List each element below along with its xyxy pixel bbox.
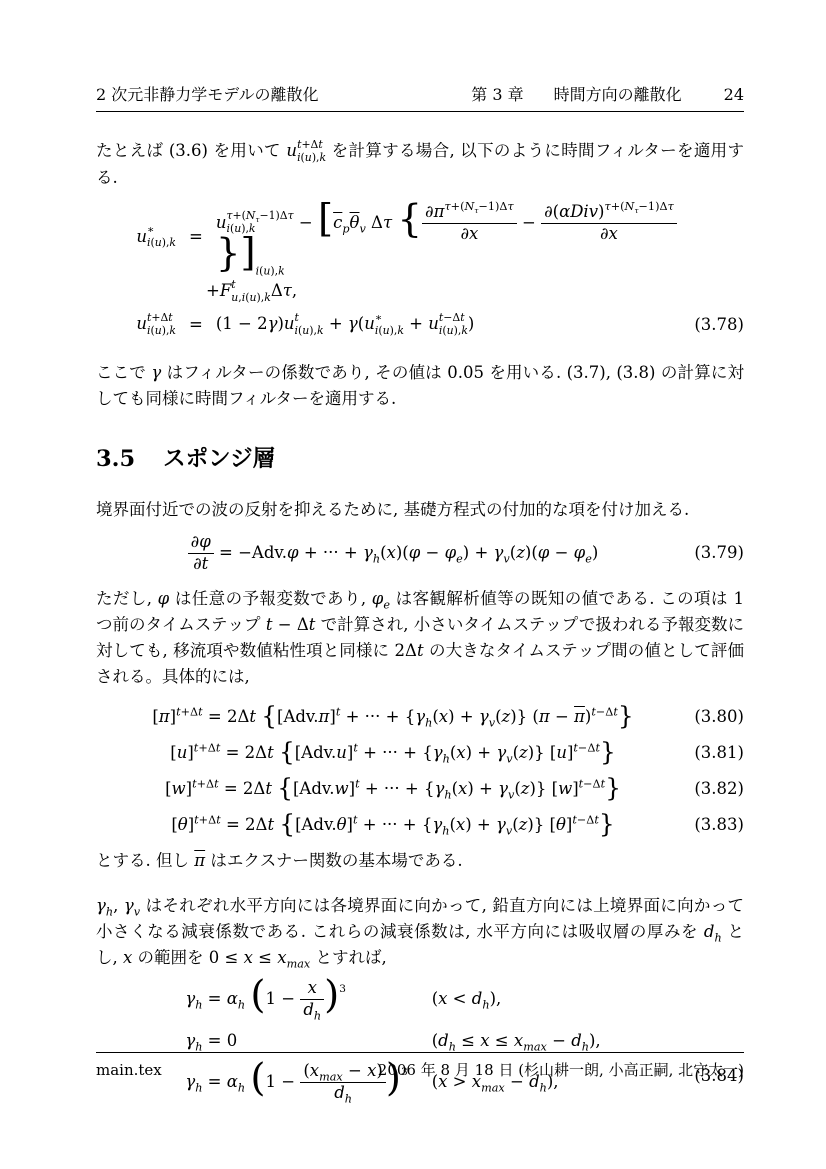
page-container: 2 次元非静力学モデルの離散化 第 3 章 時間方向の離散化 24 たとえば (… — [0, 0, 826, 1169]
equation-case-condition: (dh ≤ x ≤ xmax − dh), — [432, 1028, 601, 1054]
footer-filename: main.tex — [96, 1059, 378, 1083]
equals-sign: = — [176, 312, 216, 338]
equation-lhs: u∗i(u),k — [110, 224, 176, 250]
equation-row: u∗i(u),k = uτ+(Nτ−1)Δτi(u),k − [cpθv Δτ … — [110, 203, 744, 271]
section-heading: 3.5スポンジ層 — [96, 446, 744, 473]
equation-number: (3.80) — [690, 704, 744, 730]
equation-lhs: ut+Δti(u),k — [110, 311, 176, 337]
section-title: スポンジ層 — [163, 446, 275, 472]
equation-3-80: [π]t+Δt = 2Δt {[Adv.π]t + ··· + {γh(x) +… — [96, 704, 744, 730]
equation-3-79: ∂φ∂t = −Adv.φ + ··· + γh(x)(φ − φe) + γv… — [96, 533, 744, 574]
paragraph-decay-coefficient: γh, γv はそれぞれ水平方向には各境界面に向かって, 鉛直方向には上境界面に… — [96, 893, 744, 971]
paragraph-filter-coefficient: ここで γ はフィルターの係数であり, その値は 0.05 を用いる. (3.7… — [96, 360, 744, 412]
paragraph-exner-note: とする. 但し π はエクスナー関数の基本場である. — [96, 848, 744, 874]
equation-body: [u]t+Δt = 2Δt {[Adv.u]t + ··· + {γh(x) +… — [96, 740, 690, 766]
section-number: 3.5 — [96, 446, 135, 472]
equation-row: ut+Δti(u),k = (1 − 2γ)uti(u),k + γ(u∗i(u… — [110, 311, 744, 337]
equation-row: +Ftu,i(u),kΔτ, — [110, 278, 744, 304]
equation-3-83: [θ]t+Δt = 2Δt {[Adv.θ]t + ··· + {γh(x) +… — [96, 812, 744, 838]
paragraph-phi-description: ただし, φ は任意の予報変数であり, φe は客観解析値等の既知の値である. … — [96, 586, 744, 690]
page-footer: main.tex 2006 年 8 月 18 日 (杉山耕一朗, 小高正嗣, 北… — [96, 1052, 744, 1083]
header-section-title: 2 次元非静力学モデルの離散化 — [96, 82, 471, 107]
equation-3-82: [w]t+Δt = 2Δt {[Adv.w]t + ··· + {γh(x) +… — [96, 776, 744, 802]
equals-sign: = — [176, 224, 216, 250]
equation-case-condition: (x < dh), — [432, 986, 601, 1012]
paragraph-time-filter-intro: たとえば (3.6) を用いて ut+Δti(u),k を計算する場合, 以下の… — [96, 138, 744, 190]
equation-case-expression: γh = αh (1 − xdh)3 — [185, 979, 407, 1020]
equation-3-78: u∗i(u),k = uτ+(Nτ−1)Δτi(u),k − [cpθv Δτ … — [110, 203, 744, 338]
footer-date-authors: 2006 年 8 月 18 日 (杉山耕一朗, 小高正嗣, 北守太一) — [378, 1059, 744, 1083]
header-chapter-title: 時間方向の離散化 — [554, 82, 682, 107]
equation-3-84: γh = αh (1 − xdh)3 (x < dh), γh = 0 (dh … — [96, 979, 744, 1103]
header-chapter-label: 第 3 章 — [471, 82, 523, 107]
equation-rhs: (1 − 2γ)uti(u),k + γ(u∗i(u),k + ut−Δti(u… — [216, 311, 690, 337]
equation-number: (3.78) — [690, 312, 744, 338]
equation-number: (3.83) — [690, 812, 744, 838]
equation-rhs: uτ+(Nτ−1)Δτi(u),k − [cpθv Δτ {∂πτ+(Nτ−1)… — [216, 203, 744, 271]
page-header: 2 次元非静力学モデルの離散化 第 3 章 時間方向の離散化 24 — [96, 82, 744, 112]
equation-rhs-continued: +Ftu,i(u),kΔτ, — [202, 278, 744, 304]
paragraph-sponge-intro: 境界面付近での波の反射を抑えるために, 基礎方程式の付加的な項を付け加える. — [96, 497, 744, 523]
equation-number: (3.79) — [690, 540, 744, 566]
equation-body: [π]t+Δt = 2Δt {[Adv.π]t + ··· + {γh(x) +… — [96, 704, 690, 730]
equation-body: [w]t+Δt = 2Δt {[Adv.w]t + ··· + {γh(x) +… — [96, 776, 690, 802]
equation-body: [θ]t+Δt = 2Δt {[Adv.θ]t + ··· + {γh(x) +… — [96, 812, 690, 838]
equation-body: ∂φ∂t = −Adv.φ + ··· + γh(x)(φ − φe) + γv… — [96, 533, 690, 574]
equation-number: (3.81) — [690, 740, 744, 766]
header-page-number: 24 — [724, 82, 744, 107]
equation-case-expression: γh = 0 — [185, 1028, 407, 1054]
equation-3-81: [u]t+Δt = 2Δt {[Adv.u]t + ··· + {γh(x) +… — [96, 740, 744, 766]
equation-number: (3.82) — [690, 776, 744, 802]
